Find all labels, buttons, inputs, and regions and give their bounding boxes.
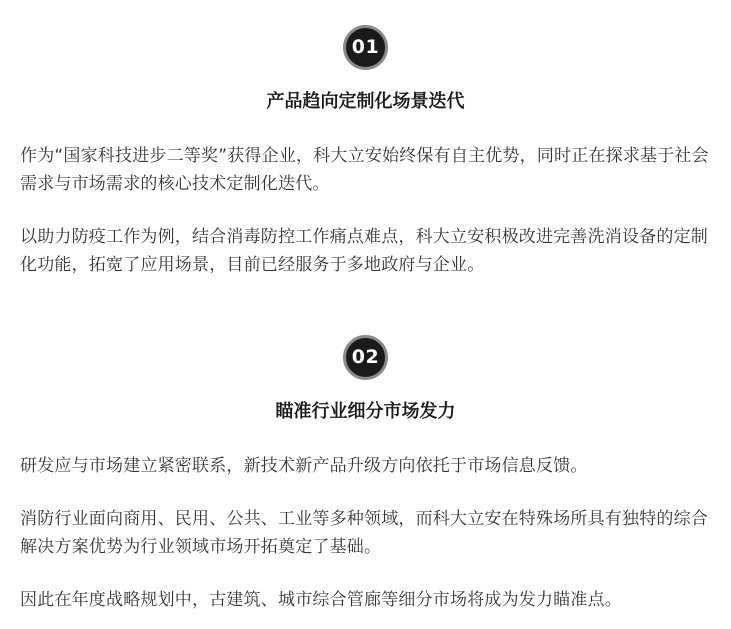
section-01-number-badge: 01 — [343, 25, 388, 70]
article-page: 01 产品趋向定制化场景迭代 作为“国家科技进步二等奖”获得企业，科大立安始终保… — [0, 0, 731, 629]
badge-number: 01 — [352, 38, 379, 57]
section-01: 01 产品趋向定制化场景迭代 作为“国家科技进步二等奖”获得企业，科大立安始终保… — [20, 25, 711, 279]
paragraph: 以助力防疫工作为例，结合消毒防控工作痛点难点，科大立安积极改进完善洗消设备的定制… — [20, 223, 711, 279]
paragraph: 研发应与市场建立紧密联系，新技术新产品升级方向依托于市场信息反馈。 — [20, 452, 711, 480]
section-02: 02 瞄准行业细分市场发力 研发应与市场建立紧密联系，新技术新产品升级方向依托于… — [20, 335, 711, 614]
section-01-heading: 产品趋向定制化场景迭代 — [20, 88, 711, 116]
section-02-heading: 瞄准行业细分市场发力 — [20, 398, 711, 426]
section-02-number-badge: 02 — [343, 335, 388, 380]
badge-number: 02 — [352, 348, 379, 367]
paragraph: 消防行业面向商用、民用、公共、工业等多种领域，而科大立安在特殊场所具有独特的综合… — [20, 505, 711, 561]
paragraph: 因此在年度战略规划中，古建筑、城市综合管廊等细分市场将成为发力瞄准点。 — [20, 586, 711, 614]
paragraph: 作为“国家科技进步二等奖”获得企业，科大立安始终保有自主优势，同时正在探求基于社… — [20, 142, 711, 198]
